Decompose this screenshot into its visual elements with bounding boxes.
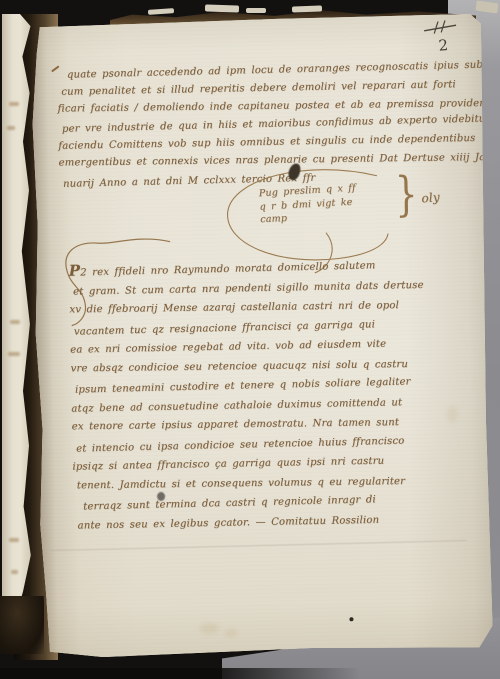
collation-cross-icon (422, 19, 460, 36)
stain (200, 623, 220, 634)
stain (225, 628, 238, 637)
marginal-note-aside: oly (421, 190, 441, 206)
stain (447, 406, 457, 422)
paragraph-2: P2 rex ffideli nro Raymundo morata domic… (69, 253, 482, 536)
show-through-mark (11, 570, 18, 574)
show-through-mark (9, 102, 19, 106)
show-through-mark (10, 320, 20, 324)
paper-fragment (205, 4, 239, 12)
show-through-mark (7, 126, 15, 130)
folio-number: 2 (438, 36, 449, 55)
crease-line (50, 540, 467, 552)
smudge (157, 492, 165, 501)
paper-fragment (292, 5, 322, 12)
speck (349, 617, 353, 621)
manuscript-photo: 2 quate psonalr accedendo ad ipm locu de… (0, 0, 500, 679)
show-through-mark (9, 538, 19, 542)
paper-fragment (246, 8, 266, 13)
paper-fragment (148, 8, 174, 15)
bottom-shadow (0, 668, 360, 679)
show-through-mark (8, 352, 20, 356)
stub-foot-shadow (0, 596, 44, 654)
brace-flourish-icon: } (395, 167, 418, 222)
manuscript-page: 2 quate psonalr accedendo ad ipm locu de… (28, 14, 493, 659)
